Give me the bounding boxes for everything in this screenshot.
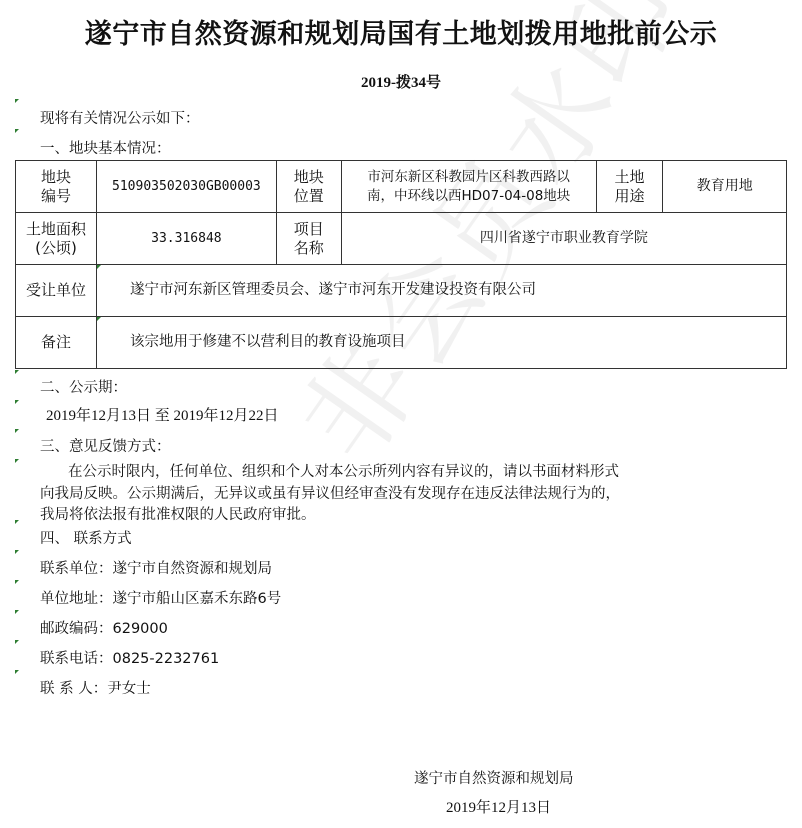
feedback-line-1: 在公示时限内，任何单位、组织和个人对本公示所列内容有异议的，请以书面材料形式	[68, 460, 619, 481]
document-number: 2019-拨34号	[0, 71, 802, 92]
signature-date: 2019年12月13日	[446, 796, 551, 817]
paragraph-mark-icon	[15, 610, 19, 614]
label-use: 土地用途	[596, 161, 663, 213]
label-parcel-no: 地块编号	[16, 161, 97, 213]
contact-address: 单位地址：遂宁市船山区嘉禾东路6号	[40, 587, 281, 608]
publicity-period: 2019年12月13日 至 2019年12月22日	[46, 404, 279, 425]
contact-person: 联 系 人：尹女士	[40, 677, 151, 698]
label-project: 项目名称	[276, 213, 341, 265]
label-area: 土地面积(公顷)	[16, 213, 97, 265]
label-assignee: 受让单位	[16, 265, 97, 317]
paragraph-mark-icon	[97, 317, 101, 321]
feedback-line-3: 我局将依法报有批准权限的人民政府审批。	[40, 503, 316, 524]
land-use: 教育用地	[663, 161, 787, 213]
remarks: 该宗地用于修建不以营利目的教育设施项目	[96, 317, 786, 369]
project-name: 四川省遂宁市职业教育学院	[341, 213, 786, 265]
table-row: 土地面积(公顷) 33.316848 项目名称 四川省遂宁市职业教育学院	[16, 213, 787, 265]
table-row: 受让单位 遂宁市河东新区管理委员会、遂宁市河东开发建设投资有限公司	[16, 265, 787, 317]
label-remarks: 备注	[16, 317, 97, 369]
table-row: 备注 该宗地用于修建不以营利目的教育设施项目	[16, 317, 787, 369]
label-location: 地块位置	[276, 161, 341, 213]
assignee: 遂宁市河东新区管理委员会、遂宁市河东开发建设投资有限公司	[96, 265, 786, 317]
paragraph-mark-icon	[15, 550, 19, 554]
feedback-line-2: 向我局反映。公示期满后，无异议或虽有异议但经审查没有发现存在违反法律法规行为的，	[40, 482, 620, 503]
section3-heading: 三、意见反馈方式：	[40, 435, 171, 456]
paragraph-mark-icon	[15, 520, 19, 524]
section4-heading: 四、 联系方式	[40, 527, 132, 548]
paragraph-mark-icon	[15, 400, 19, 404]
parcel-info-table: 地块编号 510903502030GB00003 地块位置 市河东新区科教园片区…	[15, 160, 787, 369]
paragraph-mark-icon	[15, 99, 19, 103]
document-title: 遂宁市自然资源和规划局国有土地划拨用地批前公示	[0, 12, 802, 51]
contact-phone: 联系电话：0825-2232761	[40, 647, 219, 668]
paragraph-mark-icon	[15, 580, 19, 584]
paragraph-mark-icon	[15, 370, 19, 374]
paragraph-mark-icon	[15, 129, 19, 133]
paragraph-mark-icon	[15, 670, 19, 674]
contact-unit: 联系单位：遂宁市自然资源和规划局	[40, 557, 272, 578]
contact-postcode: 邮政编码：629000	[40, 617, 168, 638]
section1-heading: 一、地块基本情况：	[40, 137, 171, 158]
paragraph-mark-icon	[15, 429, 19, 433]
paragraph-mark-icon	[15, 459, 19, 463]
area: 33.316848	[96, 213, 276, 265]
paragraph-mark-icon	[15, 640, 19, 644]
table-row: 地块编号 510903502030GB00003 地块位置 市河东新区科教园片区…	[16, 161, 787, 213]
section2-heading: 二、公示期：	[40, 376, 127, 397]
signature-organization: 遂宁市自然资源和规划局	[414, 767, 574, 788]
location: 市河东新区科教园片区科教西路以南，中环线以西HD07-04-08地块	[341, 161, 596, 213]
paragraph-mark-icon	[97, 265, 101, 269]
parcel-no: 510903502030GB00003	[96, 161, 276, 213]
intro-text: 现将有关情况公示如下：	[40, 107, 200, 128]
